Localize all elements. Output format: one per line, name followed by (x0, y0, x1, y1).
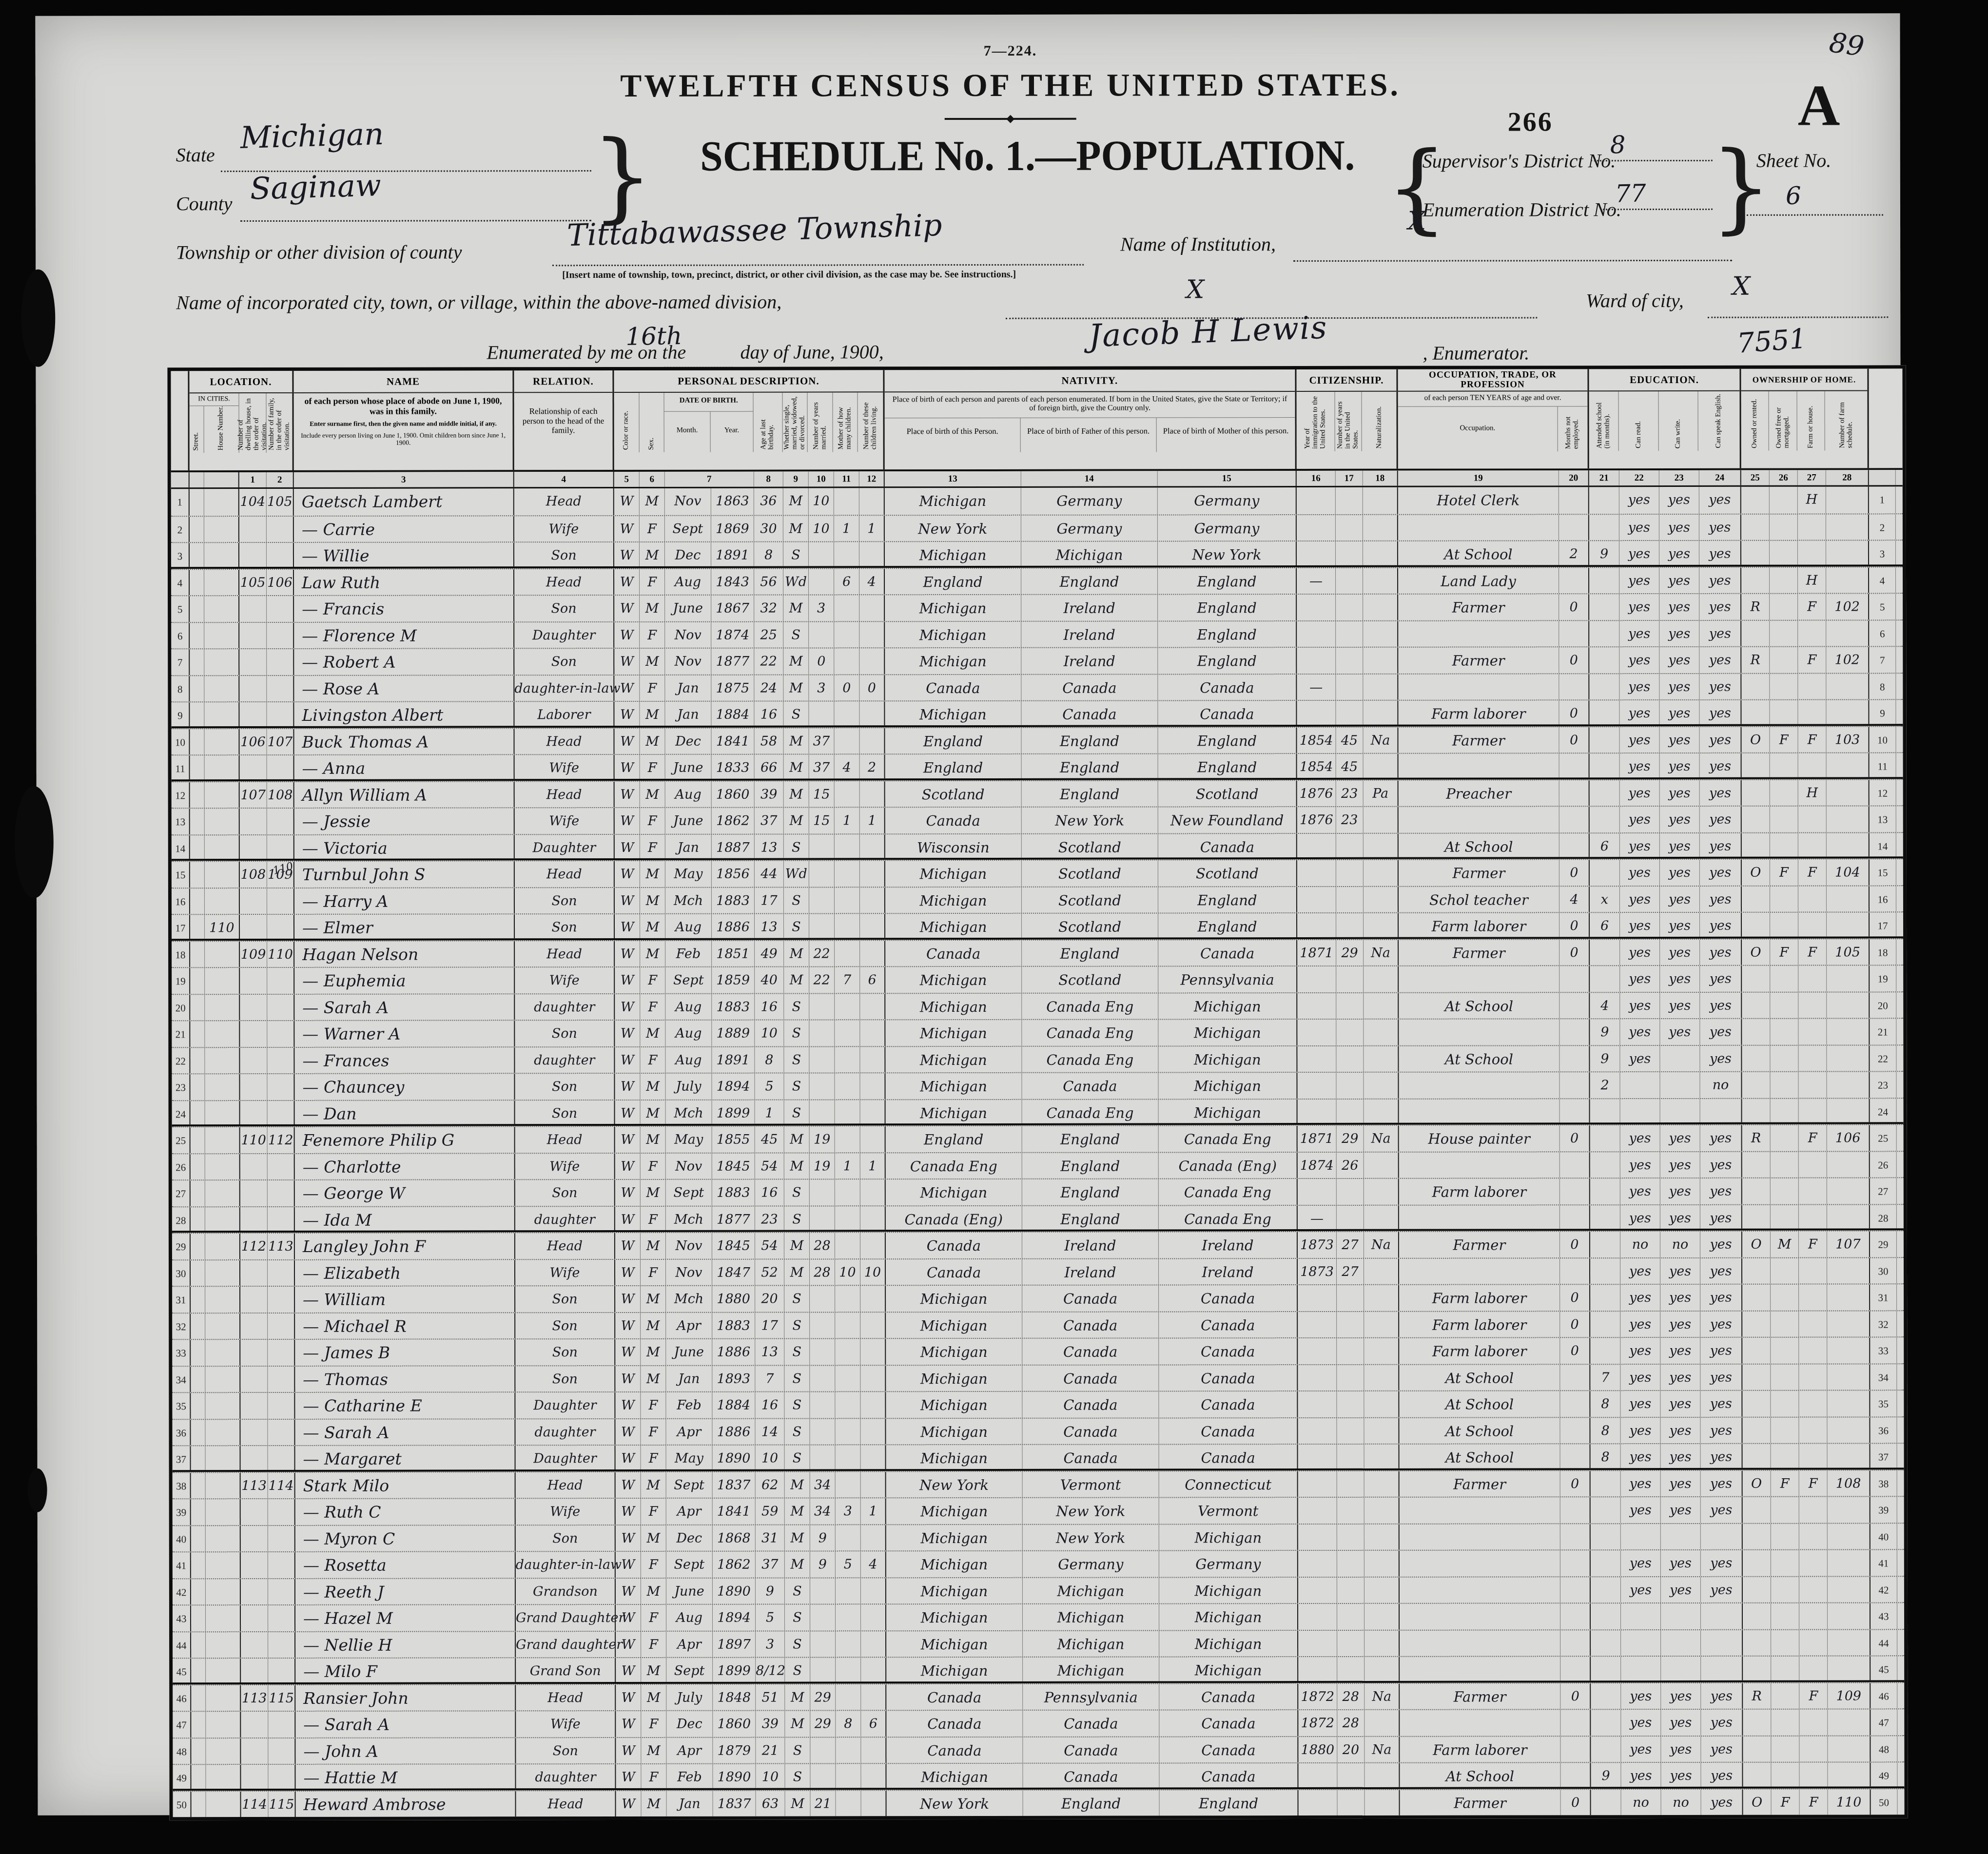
cell-years-married: 0 (809, 648, 834, 674)
cell-relation: Laborer (514, 702, 614, 726)
cell-house-number (206, 1712, 241, 1738)
cell-birth-month: Apr (666, 1313, 712, 1338)
cell-marital-status: S (784, 1020, 809, 1046)
cell-mother-of-children (835, 781, 860, 807)
table-row: 12 107 108 Allyn William A Head W M Aug … (172, 779, 1903, 808)
cell-can-write: no (1661, 1789, 1701, 1815)
cell-birth-year: 1889 (712, 1021, 755, 1046)
cell-farm-schedule-number (1828, 1709, 1871, 1735)
cell-birthplace-father: England (1022, 940, 1158, 966)
cell-immigration-year (1298, 1391, 1337, 1417)
cell-free-mortgaged (1770, 780, 1798, 806)
dob-title: DATE OF BIRTH. (664, 393, 753, 411)
col20-label: Months not employed. (1558, 406, 1588, 451)
col12-label: Number of these children living. (858, 392, 883, 452)
cell-can-write: yes (1661, 1763, 1701, 1787)
cell-house-number (205, 1154, 240, 1180)
cell-dwelling-number (240, 1287, 268, 1313)
dotted-line (240, 220, 591, 222)
cell-sex: F (640, 569, 665, 595)
row-number-right: 9 (1869, 700, 1896, 724)
cell-color-race: W (616, 1711, 641, 1737)
group-name: NAME of each person whose place of abode… (293, 370, 514, 470)
cell-dwelling-number (240, 1021, 267, 1047)
cell-occupation: Farm laborer (1399, 1312, 1560, 1337)
cell-attended-school (1591, 1710, 1621, 1736)
cell-attended-school (1591, 1790, 1621, 1815)
cell-marital-status: M (784, 754, 809, 778)
cell-marital-status: M (785, 1711, 810, 1737)
dotted-line (1591, 160, 1713, 161)
cell-family-number: 115 (268, 1685, 295, 1711)
cell-birthplace-person: Michigan (886, 1339, 1022, 1365)
cell-attended-school (1590, 780, 1620, 806)
table-row: 39 — Ruth C Wife W F Apr 1841 59 M 34 3 … (173, 1496, 1904, 1525)
cell-sex: F (641, 1552, 666, 1578)
cell-years-married (810, 1313, 835, 1338)
cell-can-write (1661, 1603, 1701, 1629)
cell-birthplace-father: Germany (1023, 1551, 1159, 1577)
row-number-left: 43 (173, 1605, 191, 1631)
cell-can-speak-english: yes (1699, 487, 1741, 514)
cell-name: Langley John F (295, 1233, 515, 1259)
cell-years-married: 10 (809, 488, 834, 515)
cell-sex: M (641, 1684, 666, 1710)
cell-birthplace-father: England (1022, 1126, 1159, 1152)
table-row: 42 — Reeth J Grandson W M June 1890 9 S … (173, 1576, 1904, 1604)
cell-birth-month: Dec (665, 542, 711, 566)
cell-occupation: Farmer (1398, 727, 1559, 753)
cell-birthplace-mother: Ireland (1159, 1259, 1298, 1285)
cell-immigration-year: — (1298, 1205, 1337, 1229)
cell-years-married (810, 1179, 835, 1205)
cell-can-read: yes (1620, 1019, 1660, 1045)
cell-family-number (267, 1021, 294, 1047)
cell-years-married (809, 888, 835, 913)
cell-can-read: yes (1619, 674, 1659, 700)
cell-birth-month: Aug (666, 1605, 713, 1631)
cell-children-living (860, 1179, 886, 1205)
table-row: 23 — Chauncey Son W M July 1894 5 S Mich… (172, 1071, 1903, 1100)
cell-attended-school (1591, 1737, 1621, 1762)
cell-farm-or-house (1798, 1045, 1827, 1071)
cell-naturalization: Na (1364, 1683, 1400, 1709)
cell-birth-year: 1863 (711, 488, 754, 515)
cell-immigration-year (1298, 1312, 1337, 1337)
row-number-right: 49 (1871, 1762, 1897, 1786)
cell-house-number (206, 1632, 241, 1658)
cell-free-mortgaged (1770, 514, 1798, 540)
cell-house-number (205, 862, 240, 888)
cell-can-speak-english: yes (1699, 727, 1741, 753)
cell-children-living (859, 622, 885, 648)
dob-year-label: Year. (710, 412, 753, 452)
cell-farm-or-house (1799, 1391, 1827, 1417)
cell-marital-status: Wd (783, 569, 809, 595)
cell-family-number (268, 1446, 295, 1470)
cell-children-living (859, 701, 885, 725)
cell-naturalization (1364, 1418, 1399, 1444)
cell-can-read: no (1621, 1790, 1661, 1815)
cell-immigration-year (1297, 833, 1336, 857)
cell-naturalization (1363, 541, 1398, 565)
cell-age: 16 (755, 1392, 784, 1418)
cell-mother-of-children (836, 1578, 861, 1604)
cell-name: Ransier John (295, 1685, 516, 1711)
cell-years-married: 3 (809, 675, 834, 701)
township-label: Township or other division of county (176, 240, 462, 264)
cell-street (191, 1340, 205, 1366)
cell-birthplace-mother: Canada (1159, 1445, 1298, 1468)
cell-can-write: yes (1660, 1364, 1700, 1390)
cell-relation: Head (516, 1685, 616, 1711)
cell-name: Buck Thomas A (294, 729, 514, 754)
cell-farm-schedule-number (1827, 886, 1870, 912)
cell-age: 14 (755, 1419, 784, 1445)
cell-months-not-employed (1560, 1258, 1590, 1284)
cell-birth-month: Jan (665, 675, 711, 701)
cell-immigration-year (1298, 1498, 1337, 1524)
cell-mother-of-children: 5 (836, 1551, 861, 1577)
cell-birthplace-mother: England (1158, 887, 1297, 913)
cell-birthplace-person: Michigan (885, 967, 1022, 993)
cell-birth-month: Sept (666, 1658, 713, 1682)
cell-can-read: yes (1621, 1577, 1661, 1603)
cell-family-number (267, 676, 294, 701)
cell-months-not-employed: 0 (1559, 594, 1589, 620)
cell-farm-schedule-number (1827, 1417, 1870, 1443)
cell-house-number (204, 676, 239, 702)
cell-farm-or-house: F (1798, 647, 1826, 673)
cell-naturalization: Na (1364, 1126, 1399, 1152)
cell-occupation: Farmer (1398, 594, 1559, 620)
cell-children-living (860, 861, 885, 887)
cell-can-read: yes (1620, 1152, 1660, 1178)
cell-can-write: yes (1660, 1019, 1700, 1045)
cell-can-write: yes (1660, 966, 1700, 992)
row-number-left: 48 (173, 1738, 191, 1764)
row-number-left: 25 (172, 1127, 191, 1153)
col23-label: Can write. (1658, 391, 1698, 451)
cell-relation: Wife (514, 516, 614, 542)
cell-can-write: yes (1660, 1417, 1700, 1443)
cell-dwelling-number (241, 1499, 268, 1525)
cell-sex: M (640, 1021, 665, 1046)
cell-family-number: 110 (267, 941, 294, 967)
cell-name: — Frances (294, 1047, 515, 1073)
cell-free-mortgaged (1771, 1125, 1799, 1151)
cell-farm-or-house (1799, 1258, 1827, 1284)
cell-relation: daughter-in-law (514, 676, 614, 701)
cell-years-in-us (1337, 1577, 1364, 1603)
cell-years-in-us (1337, 1418, 1364, 1444)
col5-label: Color or race. (614, 393, 640, 452)
col27-label: Farm or house. (1797, 391, 1825, 451)
cell-birthplace-father: New York (1022, 807, 1158, 833)
cell-birth-year: 1877 (712, 1206, 755, 1230)
cell-attended-school (1589, 594, 1619, 620)
table-row: 45 — Milo F Grand Son W M Sept 1899 8/12… (173, 1655, 1904, 1684)
cell-immigration-year (1298, 1630, 1337, 1656)
cell-birthplace-person: New York (887, 1790, 1023, 1816)
table-row: 8 — Rose A daughter-in-law W F Jan 1875 … (171, 673, 1903, 701)
cell-birth-year: 1877 (711, 649, 754, 675)
cell-occupation (1399, 753, 1559, 777)
cell-house-number (205, 1074, 240, 1100)
table-row: 26 — Charlotte Wife W F Nov 1845 54 M 19… (172, 1151, 1904, 1179)
cell-dwelling-number (239, 543, 267, 567)
col6-label: Sex. (639, 393, 664, 452)
cell-street (191, 1552, 206, 1578)
cell-owned-rented (1742, 1338, 1771, 1364)
cell-birth-year: 1874 (711, 622, 754, 648)
cell-years-married: 9 (810, 1551, 836, 1577)
cell-children-living (860, 1073, 885, 1099)
cell-months-not-employed: 0 (1560, 1125, 1590, 1151)
cell-age: 36 (754, 488, 783, 515)
supervisors-district-value: 8 (1610, 131, 1626, 159)
cell-naturalization: Pa (1364, 780, 1399, 806)
cell-house-number (205, 1260, 240, 1286)
cell-farm-or-house: F (1798, 939, 1827, 965)
cell-can-speak-english: no (1700, 1072, 1742, 1098)
cell-age: 17 (755, 888, 784, 913)
row-number-left: 19 (172, 968, 190, 994)
cell-birthplace-mother: Scotland (1158, 781, 1297, 807)
cell-birthplace-person: Michigan (886, 1392, 1022, 1418)
cell-house-number (205, 1340, 240, 1366)
cell-marital-status: S (785, 1445, 810, 1469)
cell-free-mortgaged (1770, 992, 1798, 1018)
cell-birth-month: Apr (666, 1499, 713, 1525)
cell-birthplace-father: Michigan (1023, 1657, 1159, 1681)
cell-birthplace-person: Michigan (886, 1631, 1023, 1657)
cell-farm-or-house (1798, 886, 1827, 912)
cell-can-speak-english: yes (1701, 1550, 1743, 1576)
cell-years-married: 22 (809, 967, 835, 993)
cell-children-living (861, 1738, 886, 1763)
cell-can-write: yes (1660, 1152, 1700, 1178)
cell-years-in-us (1337, 1312, 1364, 1337)
cell-free-mortgaged (1771, 1205, 1799, 1229)
cell-can-write: yes (1660, 1205, 1700, 1229)
cell-years-in-us (1337, 1498, 1364, 1524)
cell-months-not-employed (1560, 1737, 1591, 1762)
cell-sex: F (640, 516, 665, 541)
cell-can-speak-english: yes (1700, 913, 1742, 937)
cell-children-living (861, 1472, 886, 1498)
cell-family-number: 114 (268, 1472, 295, 1498)
cell-street (190, 968, 205, 994)
cell-birthplace-mother: Michigan (1159, 1578, 1298, 1603)
cell-house-number (205, 1234, 240, 1259)
cell-can-read: yes (1620, 966, 1660, 992)
cell-birthplace-person: Michigan (886, 1551, 1023, 1577)
cell-farm-schedule-number (1826, 567, 1869, 593)
cell-sex: F (640, 834, 665, 858)
row-number-right: 50 (1871, 1789, 1898, 1815)
cell-street (191, 1287, 205, 1313)
cell-name: — Anna (294, 755, 515, 779)
row-number-right: 4 (1869, 567, 1896, 593)
cell-age: 10 (755, 1021, 784, 1046)
cell-years-in-us: 23 (1336, 780, 1364, 806)
cell-naturalization (1364, 1657, 1400, 1681)
cell-street (190, 809, 205, 834)
cell-can-speak-english: yes (1699, 567, 1741, 593)
cell-immigration-year: — (1297, 568, 1336, 594)
cell-relation: Grand Son (516, 1658, 616, 1682)
state-value: Michigan (240, 116, 384, 155)
cell-can-write: yes (1660, 1178, 1700, 1204)
cell-birthplace-mother: England (1158, 621, 1297, 647)
cell-birthplace-person: Michigan (885, 887, 1022, 913)
cell-birthplace-father: England (1023, 1790, 1160, 1816)
table-row: 34 — Thomas Son W M Jan 1893 7 S Michiga… (172, 1363, 1904, 1392)
cell-name: — Francis (294, 596, 514, 621)
cell-children-living (860, 994, 885, 1020)
cell-color-race: W (616, 1552, 641, 1578)
cell-mother-of-children (835, 1313, 860, 1338)
cell-can-read: yes (1620, 913, 1660, 937)
cell-can-read (1621, 1603, 1661, 1629)
city-value: X (1186, 275, 1204, 304)
cell-relation: Head (514, 569, 614, 595)
cell-months-not-employed (1559, 1019, 1590, 1045)
cell-mother-of-children: 3 (836, 1498, 861, 1524)
dotted-line (1603, 209, 1713, 210)
cell-owned-rented: O (1743, 1470, 1771, 1496)
cell-relation: Wife (515, 755, 615, 779)
cell-dwelling-number (240, 1048, 267, 1074)
cell-house-number (206, 1446, 241, 1470)
cell-street (191, 1685, 206, 1711)
cell-birthplace-father: Canada (1021, 675, 1158, 700)
cell-sex: F (641, 1764, 666, 1788)
table-row: 33 — James B Son W M June 1886 13 S Mich… (172, 1336, 1904, 1365)
cell-farm-schedule-number (1827, 1019, 1870, 1044)
cell-years-in-us (1336, 966, 1364, 992)
cell-farm-or-house (1798, 1019, 1827, 1045)
row-number-right: 47 (1871, 1709, 1897, 1735)
cell-birth-month: Nov (666, 1233, 712, 1259)
cell-birth-month: Nov (666, 1259, 712, 1285)
cell-dwelling-number (241, 1659, 268, 1682)
cell-birth-year: 1891 (711, 542, 754, 566)
cell-free-mortgaged (1771, 1577, 1799, 1603)
cell-owned-rented (1743, 1497, 1771, 1523)
col9-label: Whether single, married, widowed, or div… (782, 392, 808, 452)
cell-birthplace-mother: Germany (1158, 487, 1297, 514)
cell-house-number (204, 517, 239, 542)
cell-birth-month: June (665, 808, 712, 834)
table-row: 49 — Hattie M daughter W F Feb 1890 10 S… (173, 1761, 1904, 1790)
cell-house-number (204, 702, 239, 726)
cell-can-write: yes (1660, 1285, 1700, 1311)
cell-naturalization (1364, 1338, 1399, 1364)
cell-years-married (809, 834, 835, 858)
row-number-left: 37 (173, 1446, 191, 1470)
cell-can-read: yes (1620, 1178, 1660, 1204)
cell-farm-schedule-number (1827, 1337, 1870, 1363)
cell-free-mortgaged (1771, 1338, 1799, 1364)
cell-color-race: W (615, 1339, 641, 1365)
cell-marital-status: M (784, 1233, 810, 1258)
cell-birthplace-mother: Canada (1159, 1710, 1298, 1736)
cell-street (190, 649, 204, 675)
cell-can-speak-english: yes (1700, 1125, 1742, 1151)
table-row: 13 — Jessie Wife W F June 1862 37 M 15 1… (172, 805, 1903, 834)
cell-birthplace-person: Michigan (886, 1658, 1023, 1681)
cell-free-mortgaged (1770, 1019, 1798, 1045)
cell-can-read (1620, 1072, 1660, 1098)
cell-sex: M (641, 1472, 666, 1498)
cell-mother-of-children (835, 914, 860, 938)
cell-can-write: yes (1660, 1258, 1700, 1284)
cell-free-mortgaged (1771, 1524, 1799, 1549)
cell-sex: F (640, 994, 665, 1020)
cell-can-write: yes (1660, 1311, 1700, 1337)
cell-age: 37 (756, 1552, 785, 1578)
cell-house-number (205, 1420, 240, 1446)
cell-naturalization (1364, 1099, 1399, 1123)
cell-owned-rented (1742, 780, 1770, 806)
cell-owned-rented (1742, 753, 1770, 777)
cell-farm-or-house (1799, 1603, 1828, 1629)
cell-family-number (268, 1765, 295, 1789)
cell-children-living (860, 834, 885, 858)
cell-attended-school (1590, 1125, 1620, 1151)
cell-farm-schedule-number (1827, 1178, 1870, 1204)
cell-years-married (810, 1392, 835, 1418)
cell-can-speak-english (1701, 1630, 1743, 1656)
cell-street (190, 489, 204, 516)
cell-farm-or-house (1799, 1763, 1828, 1787)
cell-free-mortgaged (1771, 1657, 1799, 1680)
cell-children-living (860, 1020, 885, 1046)
supervisors-district-label: Supervisor's District No. (1423, 149, 1616, 173)
cell-free-mortgaged (1770, 487, 1798, 514)
cell-farm-schedule-number (1827, 912, 1870, 936)
cell-farm-schedule-number (1827, 1072, 1870, 1098)
cell-name: — Robert A (294, 649, 514, 675)
cell-can-read: yes (1619, 568, 1659, 594)
cell-farm-or-house: H (1798, 487, 1826, 514)
cell-free-mortgaged (1770, 594, 1798, 620)
cell-farm-or-house (1798, 541, 1826, 565)
cell-occupation (1400, 1577, 1560, 1603)
cell-can-read: yes (1619, 647, 1659, 673)
cell-color-race: W (615, 914, 640, 938)
cell-years-in-us: 28 (1337, 1710, 1364, 1736)
cell-immigration-year: 1871 (1297, 940, 1336, 966)
cell-naturalization (1364, 1524, 1400, 1550)
cell-dwelling-number: 113 (241, 1473, 268, 1499)
enumerator-signature: Jacob H Lewis (1088, 309, 1328, 354)
cell-children-living (860, 1339, 886, 1365)
cell-occupation (1398, 515, 1559, 541)
cell-farm-or-house (1798, 833, 1827, 857)
cell-family-number (268, 1154, 295, 1179)
cell-birthplace-father: England (1022, 781, 1158, 807)
cell-color-race: W (616, 1499, 641, 1525)
cell-children-living: 2 (860, 754, 885, 778)
cell-dwelling-number (240, 809, 267, 834)
cell-street (192, 1792, 206, 1817)
cell-can-speak-english: yes (1701, 1444, 1743, 1468)
col21-label: Attended school (in months). (1589, 391, 1619, 451)
cell-street (190, 1048, 205, 1074)
